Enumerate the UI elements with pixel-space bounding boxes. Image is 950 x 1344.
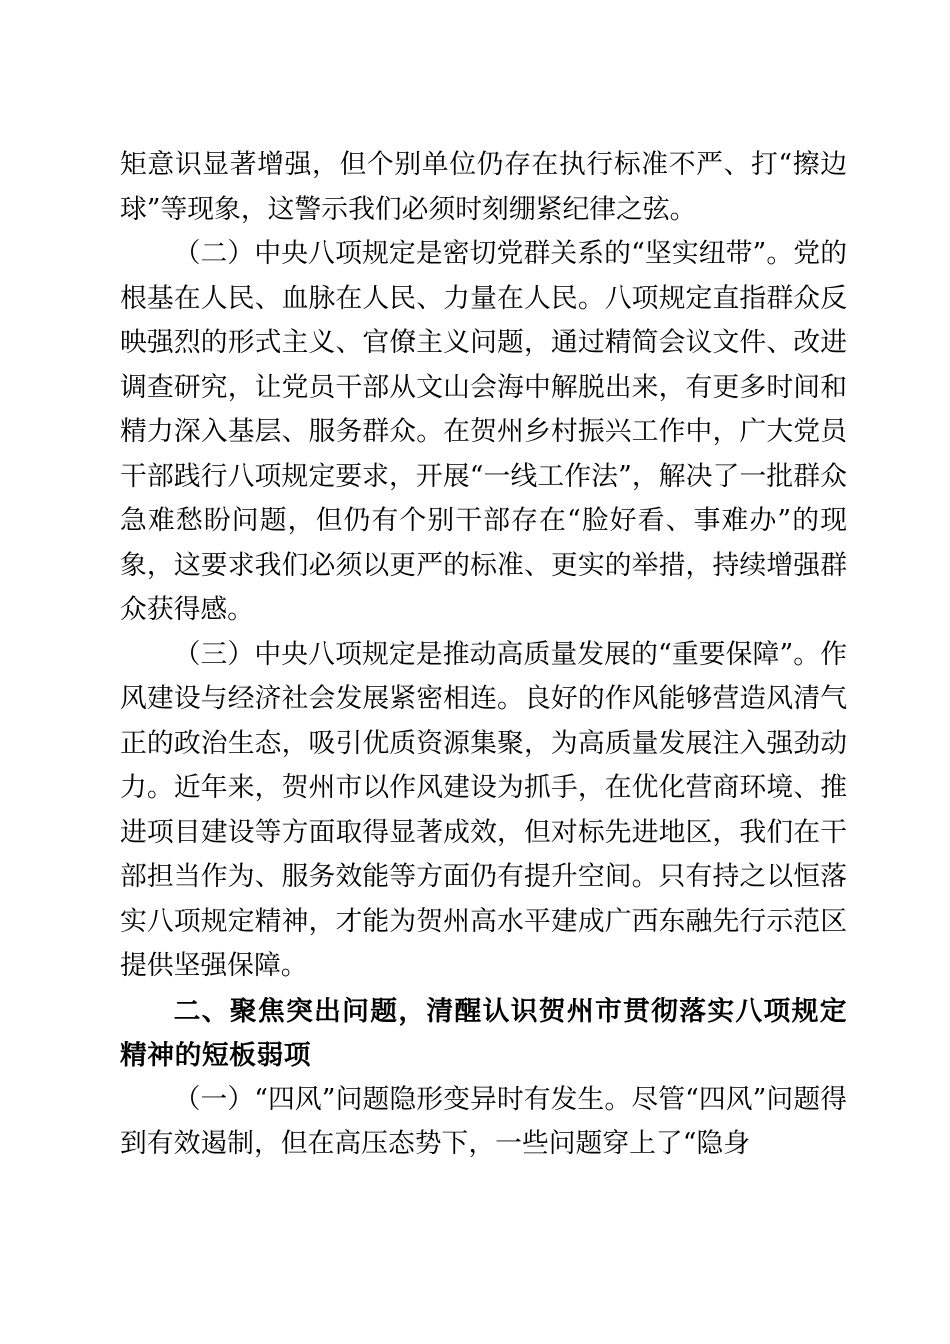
paragraph-item-1-section2: （一）“四风”问题隐形变异时有发生。尽管“四风”问题得到有效遏制，但在高压态势下…	[120, 1078, 847, 1167]
paragraph-continuation: 矩意识显著增强，但个别单位仍存在执行标准不严、打“擦边球”等现象，这警示我们必须…	[120, 143, 847, 232]
document-text-block: 矩意识显著增强，但个别单位仍存在执行标准不严、打“擦边球”等现象，这警示我们必须…	[120, 143, 847, 1167]
section-heading-2: 二、聚焦突出问题，清醒认识贺州市贯彻落实八项规定精神的短板弱项	[120, 989, 847, 1078]
paragraph-item-3: （三）中央八项规定是推动高质量发展的“重要保障”。作风建设与经济社会发展紧密相连…	[120, 633, 847, 989]
paragraph-item-2: （二）中央八项规定是密切党群关系的“坚实纽带”。党的根基在人民、血脉在人民、力量…	[120, 232, 847, 633]
document-page: 矩意识显著增强，但个别单位仍存在执行标准不严、打“擦边球”等现象，这警示我们必须…	[0, 0, 950, 1344]
